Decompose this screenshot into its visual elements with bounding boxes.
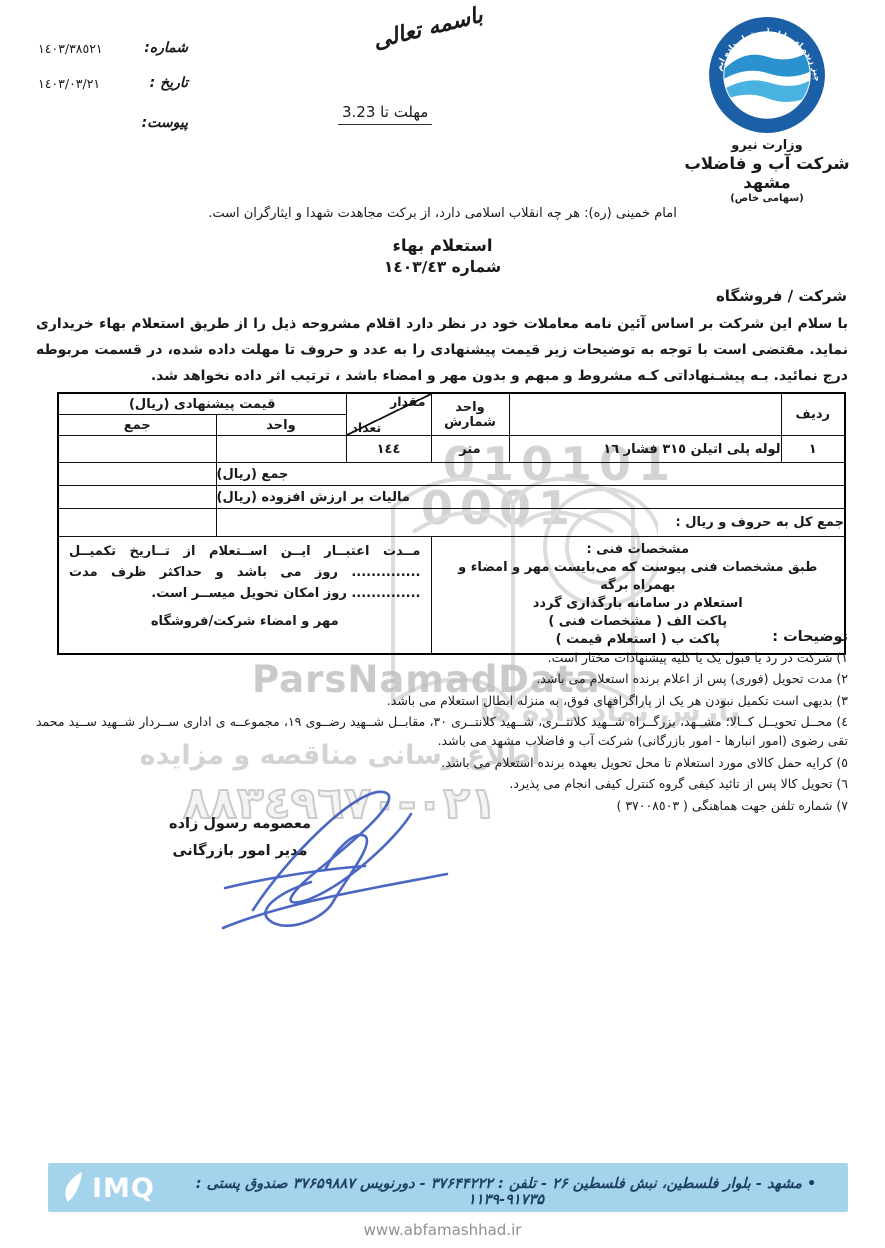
vendor-stamp-label: مهر و امضاء شرکت/فروشگاه <box>59 614 431 629</box>
item-unit-price-cell <box>216 436 346 463</box>
document-title-block: استعلام بهاء شماره ١٤٠٣/٤٣ <box>0 236 885 276</box>
company-logo-block: و هر چیز زنده ای را از آب قرار داده ایم … <box>672 14 862 204</box>
sum-label: جمع (ریال) <box>216 463 845 486</box>
vat-row: مالیات بر ارزش افزوده (ریال) <box>58 486 845 509</box>
tech-specs-line-1: طبق مشخصات فنی پیوست که می‌بایست مهر و ا… <box>438 559 839 595</box>
grand-total-label: جمع کل به حروف و ریال : <box>216 509 845 537</box>
logo-company-type-text: (سهامی خاص) <box>672 193 862 204</box>
handwritten-signature <box>215 770 455 938</box>
item-row-number: ١ <box>781 436 845 463</box>
col-header-proposed-price: قیمت پیشنهادی (ریال) <box>58 393 346 415</box>
sum-row: جمع (ریال) <box>58 463 845 486</box>
note-item-1: ١) شرکت در رد یا قبول یک یا کلیه پیشنهاد… <box>36 648 848 667</box>
item-description: لوله پلی اتیلن ٣١٥ فشار ١٦ <box>509 436 781 463</box>
col-header-unit-price: واحد <box>216 415 346 436</box>
grand-total-row: جمع کل به حروف و ریال : <box>58 509 845 537</box>
logo-company-text: شرکت آب و فاضلاب مشهد <box>672 154 862 192</box>
item-quantity: ١٤٤ <box>346 436 431 463</box>
item-unit: متر <box>431 436 509 463</box>
price-inquiry-table: ردیف واحد شمارش مقدار تعداد قیمت پیشنهاد… <box>57 392 846 655</box>
number-label: شماره: <box>144 40 188 56</box>
validity-text: مــدت اعتبــار ایــن اســتعلام از تــاری… <box>59 537 431 604</box>
imam-quote: امام خمینی (ره): هر چه انقلاب اسلامی دار… <box>0 206 885 221</box>
imq-leaf-icon <box>60 1171 90 1205</box>
tech-specs-title: مشخصات فنی : <box>438 541 839 559</box>
col-header-total-price: جمع <box>58 415 216 436</box>
imq-logo-text: IMQ <box>92 1173 155 1204</box>
intro-paragraph: با سلام این شرکت بر اساس آئین نامه معامل… <box>36 311 848 389</box>
footer-address: • مشهد - بلوار فلسطین، نبش فلسطین ۲۶ - ت… <box>178 1176 834 1208</box>
footer-website: www.abfamashhad.ir <box>0 1221 885 1239</box>
addressee-line: شرکت / فروشگاه <box>716 287 847 305</box>
vat-value-cell <box>58 486 216 509</box>
table-header-row-1: ردیف واحد شمارش مقدار تعداد قیمت پیشنهاد… <box>58 393 845 415</box>
quantity-label-bottom: تعداد <box>352 420 382 435</box>
col-header-count-unit: واحد شمارش <box>431 393 509 436</box>
deadline-note: مهلت تا 3.23 <box>338 103 432 125</box>
note-item-3: ٣) بدیهی است تکمیل نبودن هر یک از پاراگر… <box>36 691 848 710</box>
imq-logo: IMQ <box>60 1171 155 1205</box>
letter-meta-block: شماره: ١٤٠٣/٣٨٥٢١ تاریخ : ١٤٠٣/٠٣/٢١ پیو… <box>38 40 188 131</box>
item-row: ١ لوله پلی اتیلن ٣١٥ فشار ١٦ متر ١٤٤ <box>58 436 845 463</box>
bismillah-calligraphy: باسمه تعالی <box>371 3 486 54</box>
tech-specs-line-2: استعلام در سامانه بارگذاری گردد <box>438 595 839 613</box>
date-value: ١٤٠٣/٠٣/٢١ <box>38 76 100 91</box>
logo-ministry-text: وزارت نیرو <box>672 138 862 153</box>
note-item-2: ٢) مدت تحویل (فوری) پس از اعلام برنده اس… <box>36 669 848 688</box>
col-header-quantity: مقدار تعداد <box>346 393 431 436</box>
date-label: تاریخ : <box>150 75 188 91</box>
col-header-description <box>509 393 781 436</box>
notes-title: توضیحات : <box>36 629 848 645</box>
document-number: شماره ١٤٠٣/٤٣ <box>0 258 885 276</box>
scanned-inquiry-document: 010101 0001 ParsNamadData پارس نماد داده… <box>0 0 885 1248</box>
note-item-5: ٥) کرایه حمل کالای مورد استعلام تا محل ت… <box>36 753 848 772</box>
attachment-label: پیوست: <box>142 115 188 131</box>
water-company-logo-icon: و هر چیز زنده ای را از آب قرار داده ایم <box>706 14 828 136</box>
document-title: استعلام بهاء <box>0 236 885 255</box>
vat-label: مالیات بر ارزش افزوده (ریال) <box>216 486 845 509</box>
note-item-4: ٤) محــل تحویــل کــالا؛ مشــهد، بزرگــر… <box>36 712 848 750</box>
col-header-row-number: ردیف <box>781 393 845 436</box>
footer-band: IMQ • مشهد - بلوار فلسطین، نبش فلسطین ۲۶… <box>48 1163 848 1212</box>
quantity-label-top: مقدار <box>390 394 425 409</box>
sum-value-cell <box>58 463 216 486</box>
number-value: ١٤٠٣/٣٨٥٢١ <box>38 41 103 56</box>
item-total-price-cell <box>58 436 216 463</box>
grand-total-value-cell <box>58 509 216 537</box>
